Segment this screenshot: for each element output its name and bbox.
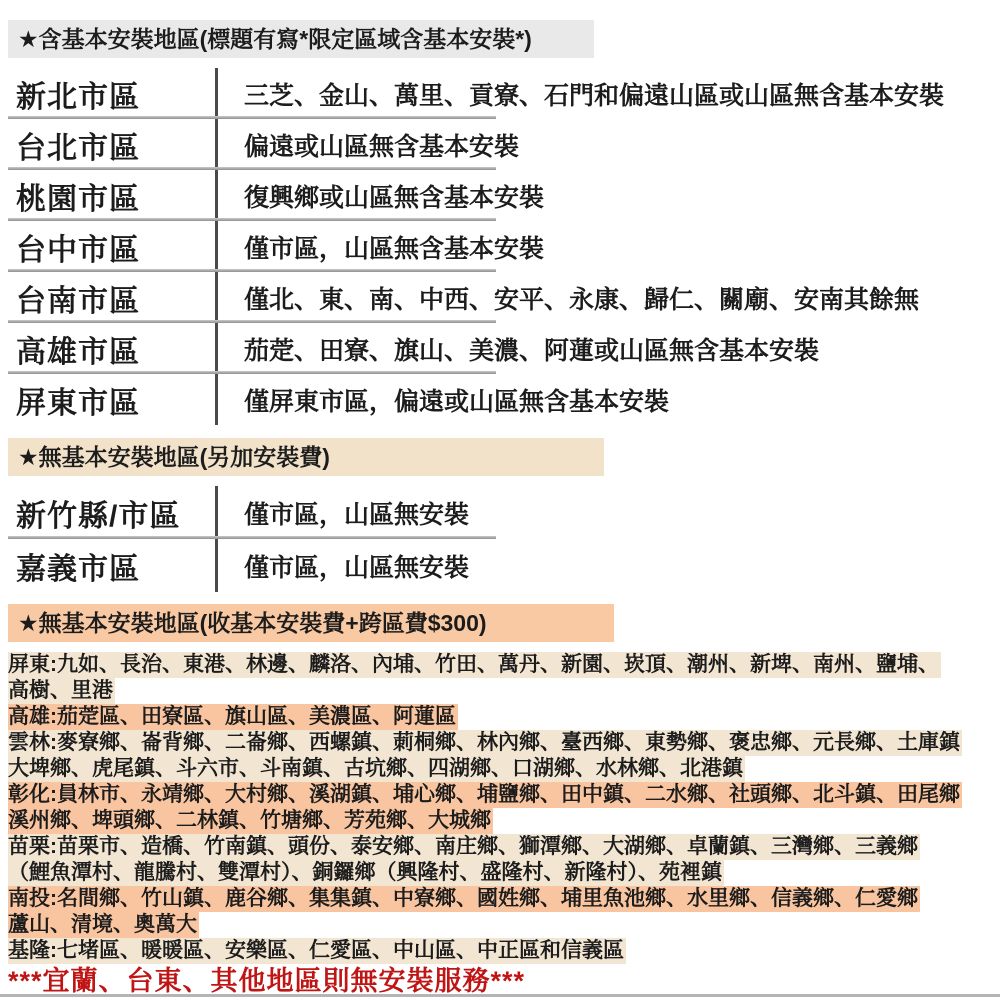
table-row: 台北市區 偏遠或山區無含基本安裝 xyxy=(8,119,992,170)
list-line-keelung: 基隆:七堵區、暖暖區、安樂區、仁愛區、中山區、中正區和信義區 xyxy=(8,938,992,964)
region-note: 僅北、東、南、中西、安平、永康、歸仁、關廟、安南其餘無 xyxy=(215,272,992,323)
included-install-table: 新北市區 三芝、金山、萬里、貢寮、石門和偏遠山區或山區無含基本安裝 台北市區 偏… xyxy=(8,68,992,425)
region-note: 僅市區，山區無安裝 xyxy=(215,539,992,592)
section-header-cross-region-fee: ★無基本安裝地區(收基本安裝費+跨區費$300) xyxy=(8,604,614,642)
list-line-changhua-cont: 溪州鄉、埤頭鄉、二林鎮、竹塘鄉、芳苑鄉、大城鄉 xyxy=(8,808,992,834)
region-name: 台南市區 xyxy=(8,272,215,323)
region-name: 台北市區 xyxy=(8,119,215,170)
region-note: 僅市區，山區無含基本安裝 xyxy=(215,221,992,272)
table-row: 屏東市區 僅屏東市區，偏遠或山區無含基本安裝 xyxy=(8,374,992,425)
table-row: 嘉義市區 僅市區，山區無安裝 xyxy=(8,539,992,592)
region-name: 嘉義市區 xyxy=(8,539,215,592)
region-name: 新竹縣/市區 xyxy=(8,486,215,539)
table-row: 桃園市區 復興鄉或山區無含基本安裝 xyxy=(8,170,992,221)
section-header-included-install: ★含基本安裝地區(標題有寫*限定區域含基本安裝*) xyxy=(8,20,594,58)
section-header-extra-fee: ★無基本安裝地區(另加安裝費) xyxy=(8,438,604,476)
extra-fee-table: 新竹縣/市區 僅市區，山區無安裝 嘉義市區 僅市區，山區無安裝 xyxy=(8,486,992,592)
list-line-miaoli-cont: （鯉魚潭村、龍騰村、雙潭村）、銅鑼鄉（興隆村、盛隆村、新隆村）、苑裡鎮 xyxy=(8,860,992,886)
list-line-changhua: 彰化:員林市、永靖鄉、大村鄉、溪湖鎮、埔心鄉、埔鹽鄉、田中鎮、二水鄉、社頭鄉、北… xyxy=(8,782,992,808)
region-note: 茄萣、田寮、旗山、美濃、阿蓮或山區無含基本安裝 xyxy=(215,323,992,374)
region-note: 三芝、金山、萬里、貢寮、石門和偏遠山區或山區無含基本安裝 xyxy=(215,68,992,119)
table-row: 高雄市區 茄萣、田寮、旗山、美濃、阿蓮或山區無含基本安裝 xyxy=(8,323,992,374)
region-note: 僅市區，山區無安裝 xyxy=(215,486,992,539)
list-line-nantou-cont: 蘆山、清境、奧萬大 xyxy=(8,912,992,938)
table-row: 台中市區 僅市區，山區無含基本安裝 xyxy=(8,221,992,272)
table-row: 台南市區 僅北、東、南、中西、安平、永康、歸仁、關廟、安南其餘無 xyxy=(8,272,992,323)
no-service-warning: ***宜蘭、台東、其他地區則無安裝服務*** xyxy=(8,966,992,996)
region-name: 台中市區 xyxy=(8,221,215,272)
region-note: 偏遠或山區無含基本安裝 xyxy=(215,119,992,170)
list-line-miaoli: 苗栗:苗栗市、造橋、竹南鎮、頭份、泰安鄉、南庄鄉、獅潭鄉、大湖鄉、卓蘭鎮、三灣鄉… xyxy=(8,834,992,860)
region-name: 高雄市區 xyxy=(8,323,215,374)
region-note: 復興鄉或山區無含基本安裝 xyxy=(215,170,992,221)
region-name: 屏東市區 xyxy=(8,374,215,425)
list-line-kaohsiung: 高雄:茄萣區、田寮區、旗山區、美濃區、阿蓮區 xyxy=(8,704,992,730)
bottom-divider xyxy=(0,994,1000,997)
region-note: 僅屏東市區，偏遠或山區無含基本安裝 xyxy=(215,374,992,425)
region-name: 新北市區 xyxy=(8,68,215,119)
region-name: 桃園市區 xyxy=(8,170,215,221)
list-line-yunlin-cont: 大埤鄉、虎尾鎮、斗六市、斗南鎮、古坑鄉、四湖鄉、口湖鄉、水林鄉、北港鎮 xyxy=(8,756,992,782)
installation-area-notice: ★含基本安裝地區(標題有寫*限定區域含基本安裝*) 新北市區 三芝、金山、萬里、… xyxy=(0,0,1000,996)
table-row: 新北市區 三芝、金山、萬里、貢寮、石門和偏遠山區或山區無含基本安裝 xyxy=(8,68,992,119)
list-line-pingtung-cont: 高樹、里港 xyxy=(8,678,992,704)
cross-region-area-list: 屏東:九如、長治、東港、林邊、麟洛、內埔、竹田、萬丹、新園、崁頂、潮州、新埤、南… xyxy=(8,652,992,964)
list-line-yunlin: 雲林:麥寮鄉、崙背鄉、二崙鄉、西螺鎮、莿桐鄉、林內鄉、臺西鄉、東勢鄉、褒忠鄉、元… xyxy=(8,730,992,756)
list-line-pingtung: 屏東:九如、長治、東港、林邊、麟洛、內埔、竹田、萬丹、新園、崁頂、潮州、新埤、南… xyxy=(8,652,992,678)
list-line-nantou: 南投:名間鄉、竹山鎮、鹿谷鄉、集集鎮、中寮鄉、國姓鄉、埔里魚池鄉、水里鄉、信義鄉… xyxy=(8,886,992,912)
table-row: 新竹縣/市區 僅市區，山區無安裝 xyxy=(8,486,992,539)
